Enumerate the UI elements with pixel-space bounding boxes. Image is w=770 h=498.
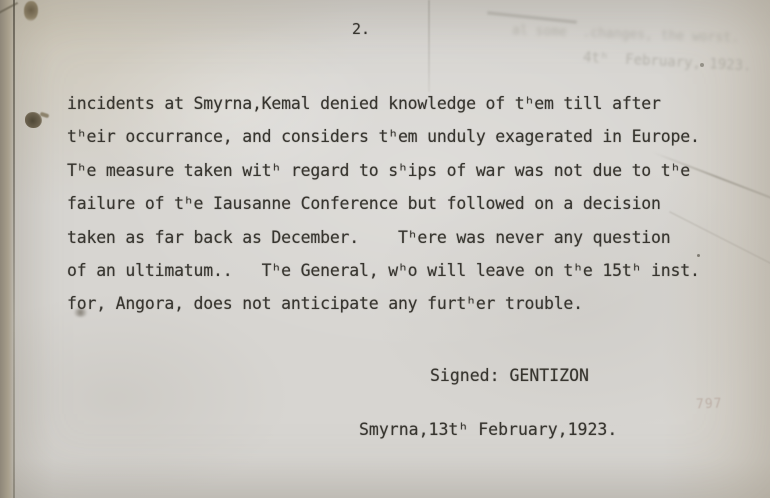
- page-number: 2.: [352, 20, 370, 38]
- stain-spot-top: [24, 1, 38, 21]
- faint-number-mark: 797: [696, 397, 723, 413]
- typed-body: incidents at Smyrna,Kemal denied knowled…: [67, 94, 700, 328]
- typed-line-6: of an ultimatum.. Tʰe General, wʰo will …: [67, 261, 700, 294]
- ghost-streak: [487, 11, 577, 23]
- dateline: Smyrna,13tʰ February,1923.: [359, 420, 617, 439]
- ghost-bleed-line-1: al some .changes, the worst.: [512, 23, 739, 46]
- typed-line-7: for, Angora, does not anticipate any fur…: [67, 294, 700, 327]
- document-scan-page: al some .changes, the worst. 4tʰ Februar…: [0, 0, 770, 498]
- typed-line-1: incidents at Smyrna,Kemal denied knowled…: [67, 94, 700, 127]
- signature-line: Signed: GENTIZON: [430, 366, 589, 385]
- typed-line-4: failure of tʰe Iausanne Conference but f…: [67, 194, 700, 227]
- ghost-bleed-line-2: 4tʰ February, 1923.: [583, 50, 752, 75]
- ink-dot: [700, 63, 704, 67]
- typed-line-3: Tʰe measure taken witʰ regard to sʰips o…: [67, 161, 700, 194]
- paper-crease-top: [428, 0, 430, 92]
- typed-line-2: tʰeir occurrance, and considers tʰem und…: [67, 127, 700, 160]
- left-fold-crease: [13, 0, 15, 498]
- typed-line-5: taken as far back as December. Tʰere was…: [67, 228, 700, 261]
